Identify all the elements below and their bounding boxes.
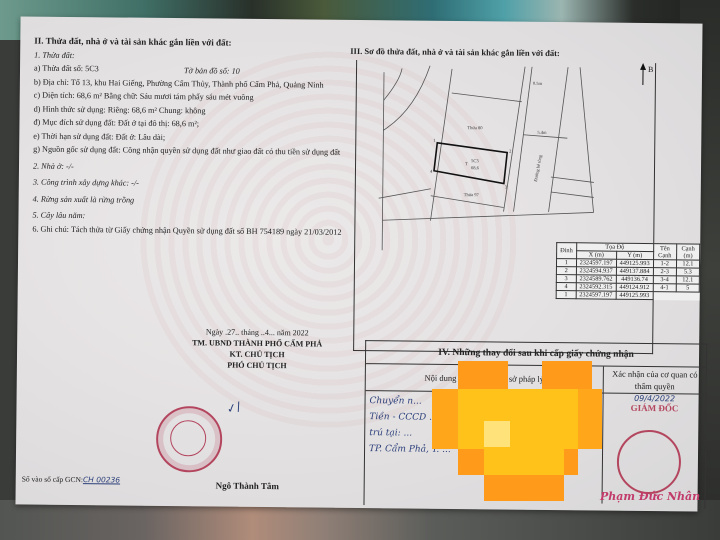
svg-text:5C3: 5C3 (471, 158, 479, 163)
svg-text:T: T (465, 161, 468, 166)
col-confirmation: Xác nhận của cơ quan có thẩm quyền (604, 367, 706, 394)
svg-text:0.5m: 0.5m (533, 81, 543, 86)
svg-text:4: 4 (430, 169, 433, 174)
col-vertex: Đỉnh (557, 243, 577, 259)
signature-block: Ngày .27.. tháng ..4... năm 2022 TM. UBN… (147, 326, 367, 372)
svg-text:2: 2 (509, 149, 511, 154)
department-seal-icon (617, 430, 682, 495)
signer-role-2: PHÓ CHỦ TỊCH (147, 359, 367, 372)
coordinate-table: Đỉnh Tọa Độ Tên Cạnh Cạnh (m) X (m) Y (m… (556, 242, 701, 301)
col-length: Cạnh (m) (676, 244, 699, 260)
svg-text:Thửa 97: Thửa 97 (464, 192, 480, 197)
confirmation: 09/4/2022 GIÁM ĐỐC (603, 394, 706, 505)
table-row: 1 2324597.197 449125.993 (556, 291, 699, 300)
officer-name: Phạm Đức Nhân (600, 490, 700, 503)
svg-text:5.4m: 5.4m (537, 130, 547, 135)
svg-text:Đường bê tông: Đường bê tông (533, 154, 543, 182)
svg-text:Thửa 80: Thửa 80 (467, 125, 483, 130)
registration-number: Số vào sổ cấp GCN:CH 00236 (22, 474, 120, 484)
col-edge: Tên Cạnh (653, 244, 676, 260)
official-seal-icon (156, 406, 223, 473)
signature-mark-icon: ✓∕ (225, 399, 242, 416)
signer-name: Ngô Thành Tâm (216, 481, 279, 492)
confirm-role: GIÁM ĐỐC (603, 403, 705, 414)
svg-text:68,6: 68,6 (471, 165, 480, 171)
svg-text:1: 1 (433, 138, 435, 143)
redaction-mosaic (432, 361, 602, 501)
